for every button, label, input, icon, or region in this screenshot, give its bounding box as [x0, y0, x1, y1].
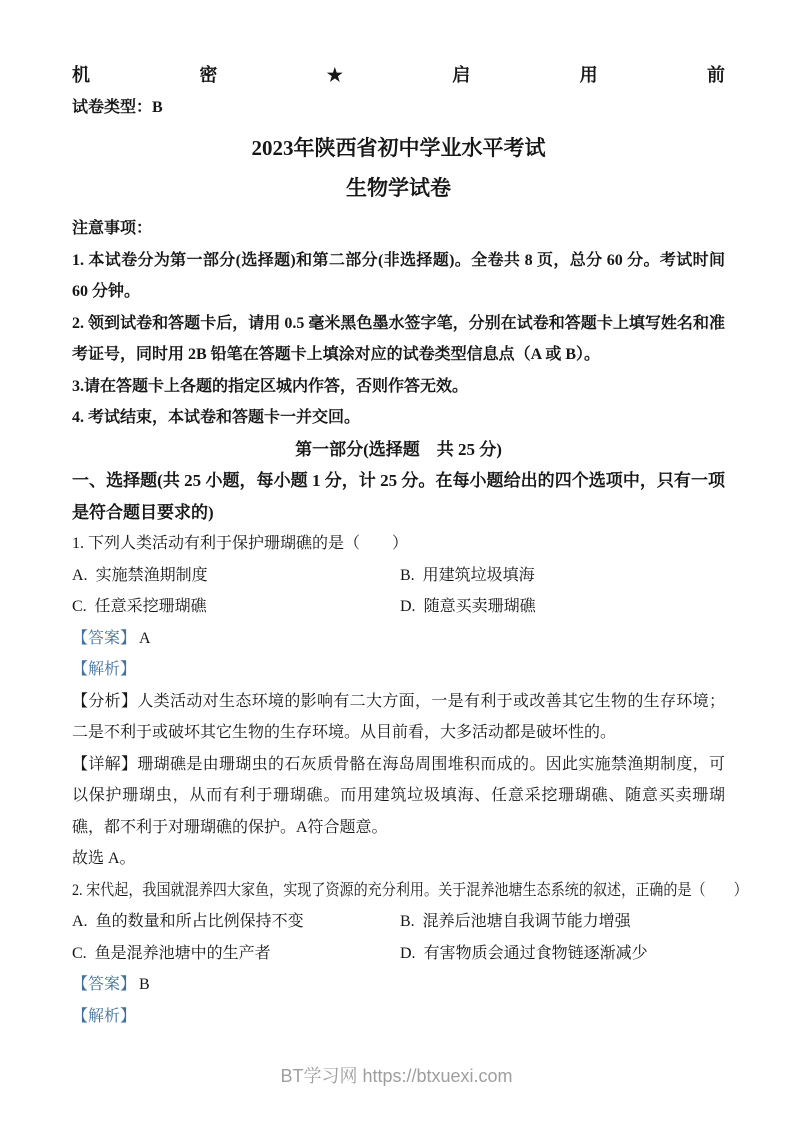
option-text: 用建筑垃圾填海 — [423, 567, 535, 584]
option-text: 任意采挖珊瑚礁 — [95, 598, 207, 615]
option-label: A. — [72, 567, 88, 584]
section-intro: 一、选择题(共 25 小题，每小题 1 分，计 25 分。在每小题给出的四个选项… — [72, 465, 725, 528]
footer-watermark: BT学习网 https://btxuexi.com — [0, 1064, 793, 1088]
question-1-analysis: 【分析】人类活动对生态环境的影响有二大方面，一是有利于或改善其它生物的生存环境；… — [72, 686, 725, 749]
question-1-detail: 【详解】珊瑚礁是由珊瑚虫的石灰质骨骼在海岛周围堆积而成的。因此实施禁渔期制度，可… — [72, 749, 725, 844]
question-1-option-d: D.随意买卖珊瑚礁 — [400, 591, 725, 623]
question-2-option-a: A.鱼的数量和所占比例保持不变 — [72, 906, 400, 938]
question-1-stem: 1. 下列人类活动有利于保护珊瑚礁的是（ ） — [72, 528, 725, 560]
paper-type: 试卷类型：B — [72, 97, 725, 119]
star-icon: ★ — [327, 64, 343, 86]
answer-label: 【答案】 — [72, 976, 136, 993]
question-2-stem-line: 2. 宋代起，我国就混养四大家鱼，实现了资源的充分利用。关于混养池塘生态系统的叙… — [72, 875, 725, 907]
option-text: 混养后池塘自我调节能力增强 — [423, 913, 631, 930]
notice-heading: 注意事项： — [72, 213, 725, 245]
question-1-analysis-label: 【解析】 — [72, 654, 725, 686]
question-1-answer-line: 【答案】A — [72, 623, 725, 655]
question-2-option-c: C.鱼是混养池塘中的生产者 — [72, 938, 400, 970]
question-2-option-b: B.混养后池塘自我调节能力增强 — [400, 906, 725, 938]
section-title: 第一部分(选择题 共 25 分) — [72, 434, 725, 466]
exam-page: 机 密 ★ 启 用 前 试卷类型：B 2023年陕西省初中学业水平考试 生物学试… — [0, 0, 793, 1122]
option-text: 实施禁渔期制度 — [96, 567, 208, 584]
secret-char-ji: 机 — [72, 64, 90, 86]
option-label: D. — [400, 598, 416, 615]
option-text: 鱼是混养池塘中的生产者 — [95, 945, 271, 962]
answer-value: B — [139, 976, 150, 993]
option-label: C. — [72, 945, 87, 962]
secret-char-qi: 启 — [452, 64, 470, 86]
option-label: B. — [400, 913, 415, 930]
paper-subtitle: 生物学试卷 — [72, 175, 725, 201]
question-2-stem: 2. 宋代起，我国就混养四大家鱼，实现了资源的充分利用。关于混养池塘生态系统的叙… — [72, 875, 748, 907]
secret-char-mi: 密 — [199, 64, 217, 86]
question-1-option-c: C.任意采挖珊瑚礁 — [72, 591, 400, 623]
question-2-option-d: D.有害物质会通过食物链逐渐减少 — [400, 938, 725, 970]
question-1-option-a: A.实施禁渔期制度 — [72, 560, 400, 592]
option-text: 有害物质会通过食物链逐渐减少 — [424, 945, 648, 962]
notice-item-4: 4. 考试结束，本试卷和答题卡一并交回。 — [72, 402, 725, 434]
notice-item-1: 1. 本试卷分为第一部分(选择题)和第二部分(非选择题)。全卷共 8 页，总分 … — [72, 245, 725, 308]
option-label: A. — [72, 913, 88, 930]
paper-title: 2023年陕西省初中学业水平考试 — [72, 135, 725, 161]
answer-label: 【答案】 — [72, 630, 136, 647]
notice-item-2: 2. 领到试卷和答题卡后，请用 0.5 毫米黑色墨水签字笔，分别在试卷和答题卡上… — [72, 308, 725, 371]
option-label: D. — [400, 945, 416, 962]
secret-header: 机 密 ★ 启 用 前 — [72, 64, 725, 86]
secret-char-yong: 用 — [580, 64, 598, 86]
option-label: B. — [400, 567, 415, 584]
option-label: C. — [72, 598, 87, 615]
question-1-conclusion: 故选 A。 — [72, 843, 725, 875]
answer-value: A — [139, 630, 151, 647]
document-body: 注意事项： 1. 本试卷分为第一部分(选择题)和第二部分(非选择题)。全卷共 8… — [72, 213, 725, 1032]
question-2-answer-line: 【答案】B — [72, 969, 725, 1001]
option-text: 鱼的数量和所占比例保持不变 — [96, 913, 304, 930]
notice-item-3: 3.请在答题卡上各题的指定区城内作答，否则作答无效。 — [72, 371, 725, 403]
secret-char-qian: 前 — [707, 64, 725, 86]
question-1-options: A.实施禁渔期制度 B.用建筑垃圾填海 C.任意采挖珊瑚礁 D.随意买卖珊瑚礁 — [72, 560, 725, 623]
question-2-options: A.鱼的数量和所占比例保持不变 B.混养后池塘自我调节能力增强 C.鱼是混养池塘… — [72, 906, 725, 969]
question-1-option-b: B.用建筑垃圾填海 — [400, 560, 725, 592]
question-2-analysis-label: 【解析】 — [72, 1001, 725, 1033]
option-text: 随意买卖珊瑚礁 — [424, 598, 536, 615]
